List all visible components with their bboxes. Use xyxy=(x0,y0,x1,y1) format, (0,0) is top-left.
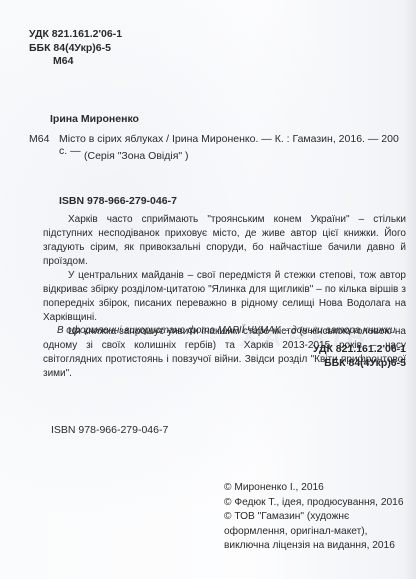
copyright-line: оформлення, оригінал-макет), xyxy=(224,525,403,540)
isbn-bold: ISBN 978-966-279-046-7 xyxy=(59,195,177,207)
catalog-series: (Серія "Зона Овідія" ) xyxy=(84,150,189,162)
annotation-paragraph: У центральних майданів – свої передмістя… xyxy=(43,269,406,325)
bottom-classification-block: УДК 821.161.2'06-1 ББК 84(4Укр)6-5 xyxy=(313,342,406,370)
catalog-code: М64 xyxy=(29,133,49,145)
annotation-paragraph: Харків часто сприймають "троянським коне… xyxy=(43,213,406,269)
author-name: Ірина Мироненко xyxy=(50,113,139,125)
isbn-plain: ISBN 978-966-279-046-7 xyxy=(51,424,168,436)
bbk-code: ББК 84(4Укр)6-5 xyxy=(313,356,406,370)
book-imprint-page: ХАРКІВ УДК 821.161.2'06-1 ББК 84(4Укр)6-… xyxy=(0,0,416,579)
copyright-line: © Мироненко І., 2016 xyxy=(224,481,403,496)
copyright-line: © ТОВ "Гамазин" (художнє xyxy=(224,510,403,525)
udk-code: УДК 821.161.2'06-1 xyxy=(29,28,122,42)
photo-credit: В оформленні використано фото МАРІЇ ЧУМА… xyxy=(57,325,398,336)
copyright-line: виключна ліцензія на видання, 2016 xyxy=(224,539,403,554)
bbk-code: ББК 84(4Укр)6-5 xyxy=(29,42,122,56)
copyright-line: © Федюк Т., ідея, продюсування, 2016 xyxy=(224,496,403,511)
udk-code: УДК 821.161.2'06-1 xyxy=(313,342,406,356)
top-classification-block: УДК 821.161.2'06-1 ББК 84(4Укр)6-5 М64 xyxy=(29,28,122,69)
author-mark: М64 xyxy=(29,55,122,69)
copyright-block: © Мироненко І., 2016 © Федюк Т., ідея, п… xyxy=(224,481,403,554)
